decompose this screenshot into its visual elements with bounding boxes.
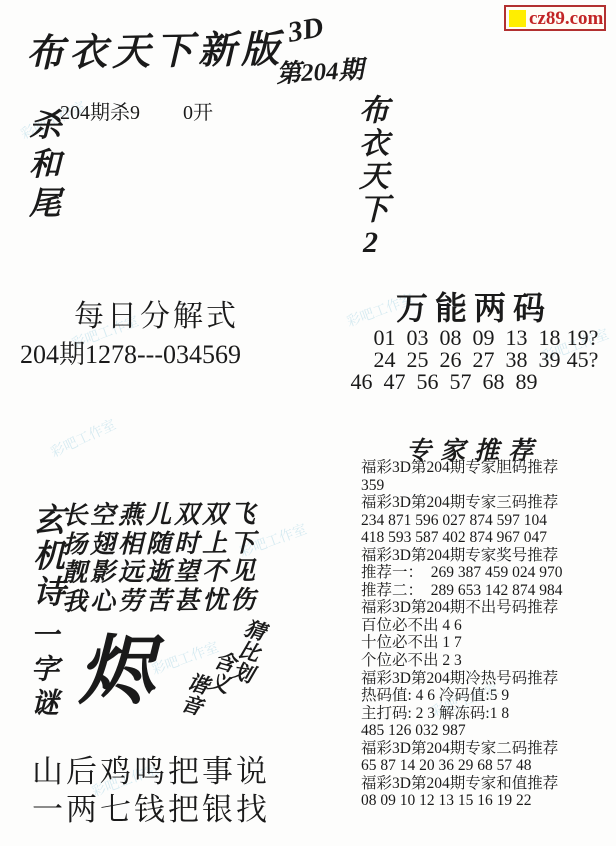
expert-line: 234 871 596 027 874 597 104 bbox=[361, 512, 611, 530]
page-title: 布衣天下新版 bbox=[26, 18, 285, 77]
expert-line: 福彩3D第204期专家和值推荐 bbox=[361, 775, 611, 793]
expert-line: 推荐二： 289 653 142 874 984 bbox=[361, 582, 611, 600]
site-badge-label: cz89.com bbox=[529, 9, 603, 28]
expert-line: 福彩3D第204期专家二码推荐 bbox=[361, 740, 611, 758]
expert-line: 418 593 587 402 874 967 047 bbox=[361, 529, 611, 547]
expert-line: 福彩3D第204期冷热号码推荐 bbox=[361, 670, 611, 688]
kill-number-text: 204期杀9 bbox=[60, 96, 140, 125]
char-riddle-hint: 谐音 bbox=[174, 669, 215, 720]
expert-line: 十位必不出 1 7 bbox=[361, 634, 611, 652]
bottom-poem-line: 一两七钱把银找 bbox=[32, 784, 270, 829]
open-result-text: 0开 bbox=[183, 96, 213, 125]
expert-recommend-list: 福彩3D第204期专家胆码推荐 359 福彩3D第204期专家三码推荐 234 … bbox=[361, 459, 611, 810]
site-badge-icon bbox=[509, 10, 526, 27]
expert-line: 百位必不出 4 6 bbox=[361, 617, 611, 635]
expert-line: 福彩3D第204期不出号码推荐 bbox=[361, 599, 611, 617]
expert-line: 福彩3D第204期专家三码推荐 bbox=[361, 494, 611, 512]
two-codes-cell: 89 bbox=[510, 369, 543, 395]
expert-line: 福彩3D第204期专家奖号推荐 bbox=[361, 547, 611, 565]
two-codes-row: 464756576889 bbox=[345, 369, 543, 395]
site-badge[interactable]: cz89.com bbox=[504, 5, 606, 31]
game-label: 3D bbox=[285, 11, 326, 50]
two-codes-cell: 46 bbox=[345, 369, 378, 395]
char-riddle-character: 烬 bbox=[78, 634, 154, 710]
expert-line: 主打码: 2 3 解冻码:1 8 bbox=[361, 705, 611, 723]
expert-line: 个位必不出 2 3 bbox=[361, 652, 611, 670]
expert-line: 福彩3D第204期专家胆码推荐 bbox=[361, 459, 611, 477]
two-codes-cell: 57 bbox=[444, 369, 477, 395]
issue-label: 第204期 bbox=[275, 50, 364, 91]
expert-line: 485 126 032 987 bbox=[361, 722, 611, 740]
two-codes-title: 万能两码 bbox=[396, 283, 552, 329]
expert-line: 08 09 10 12 13 15 16 19 22 bbox=[361, 792, 611, 810]
two-codes-cell: 56 bbox=[411, 369, 444, 395]
daily-decomposition-formula: 204期1278---034569 bbox=[20, 334, 241, 371]
expert-line: 热码值: 4 6 冷码值:5 9 bbox=[361, 687, 611, 705]
expert-line: 359 bbox=[361, 477, 611, 495]
daily-decomposition-title: 每日分解式 bbox=[74, 291, 239, 335]
two-codes-cell: 47 bbox=[378, 369, 411, 395]
two-codes-cell: 45? bbox=[566, 347, 599, 373]
expert-line: 65 87 14 20 36 29 68 57 48 bbox=[361, 757, 611, 775]
two-codes-cell: 68 bbox=[477, 369, 510, 395]
mystery-poem-line: 我心劳苦甚忧伤 bbox=[62, 580, 258, 618]
right-vertical-label: 布衣天下2 bbox=[348, 94, 392, 262]
left-vertical-label: 杀和尾 bbox=[20, 108, 66, 225]
char-riddle-label: 一字谜 bbox=[22, 620, 62, 722]
expert-line: 推荐一： 269 387 459 024 970 bbox=[361, 564, 611, 582]
watermark-text: 彩吧工作室 bbox=[47, 414, 119, 462]
